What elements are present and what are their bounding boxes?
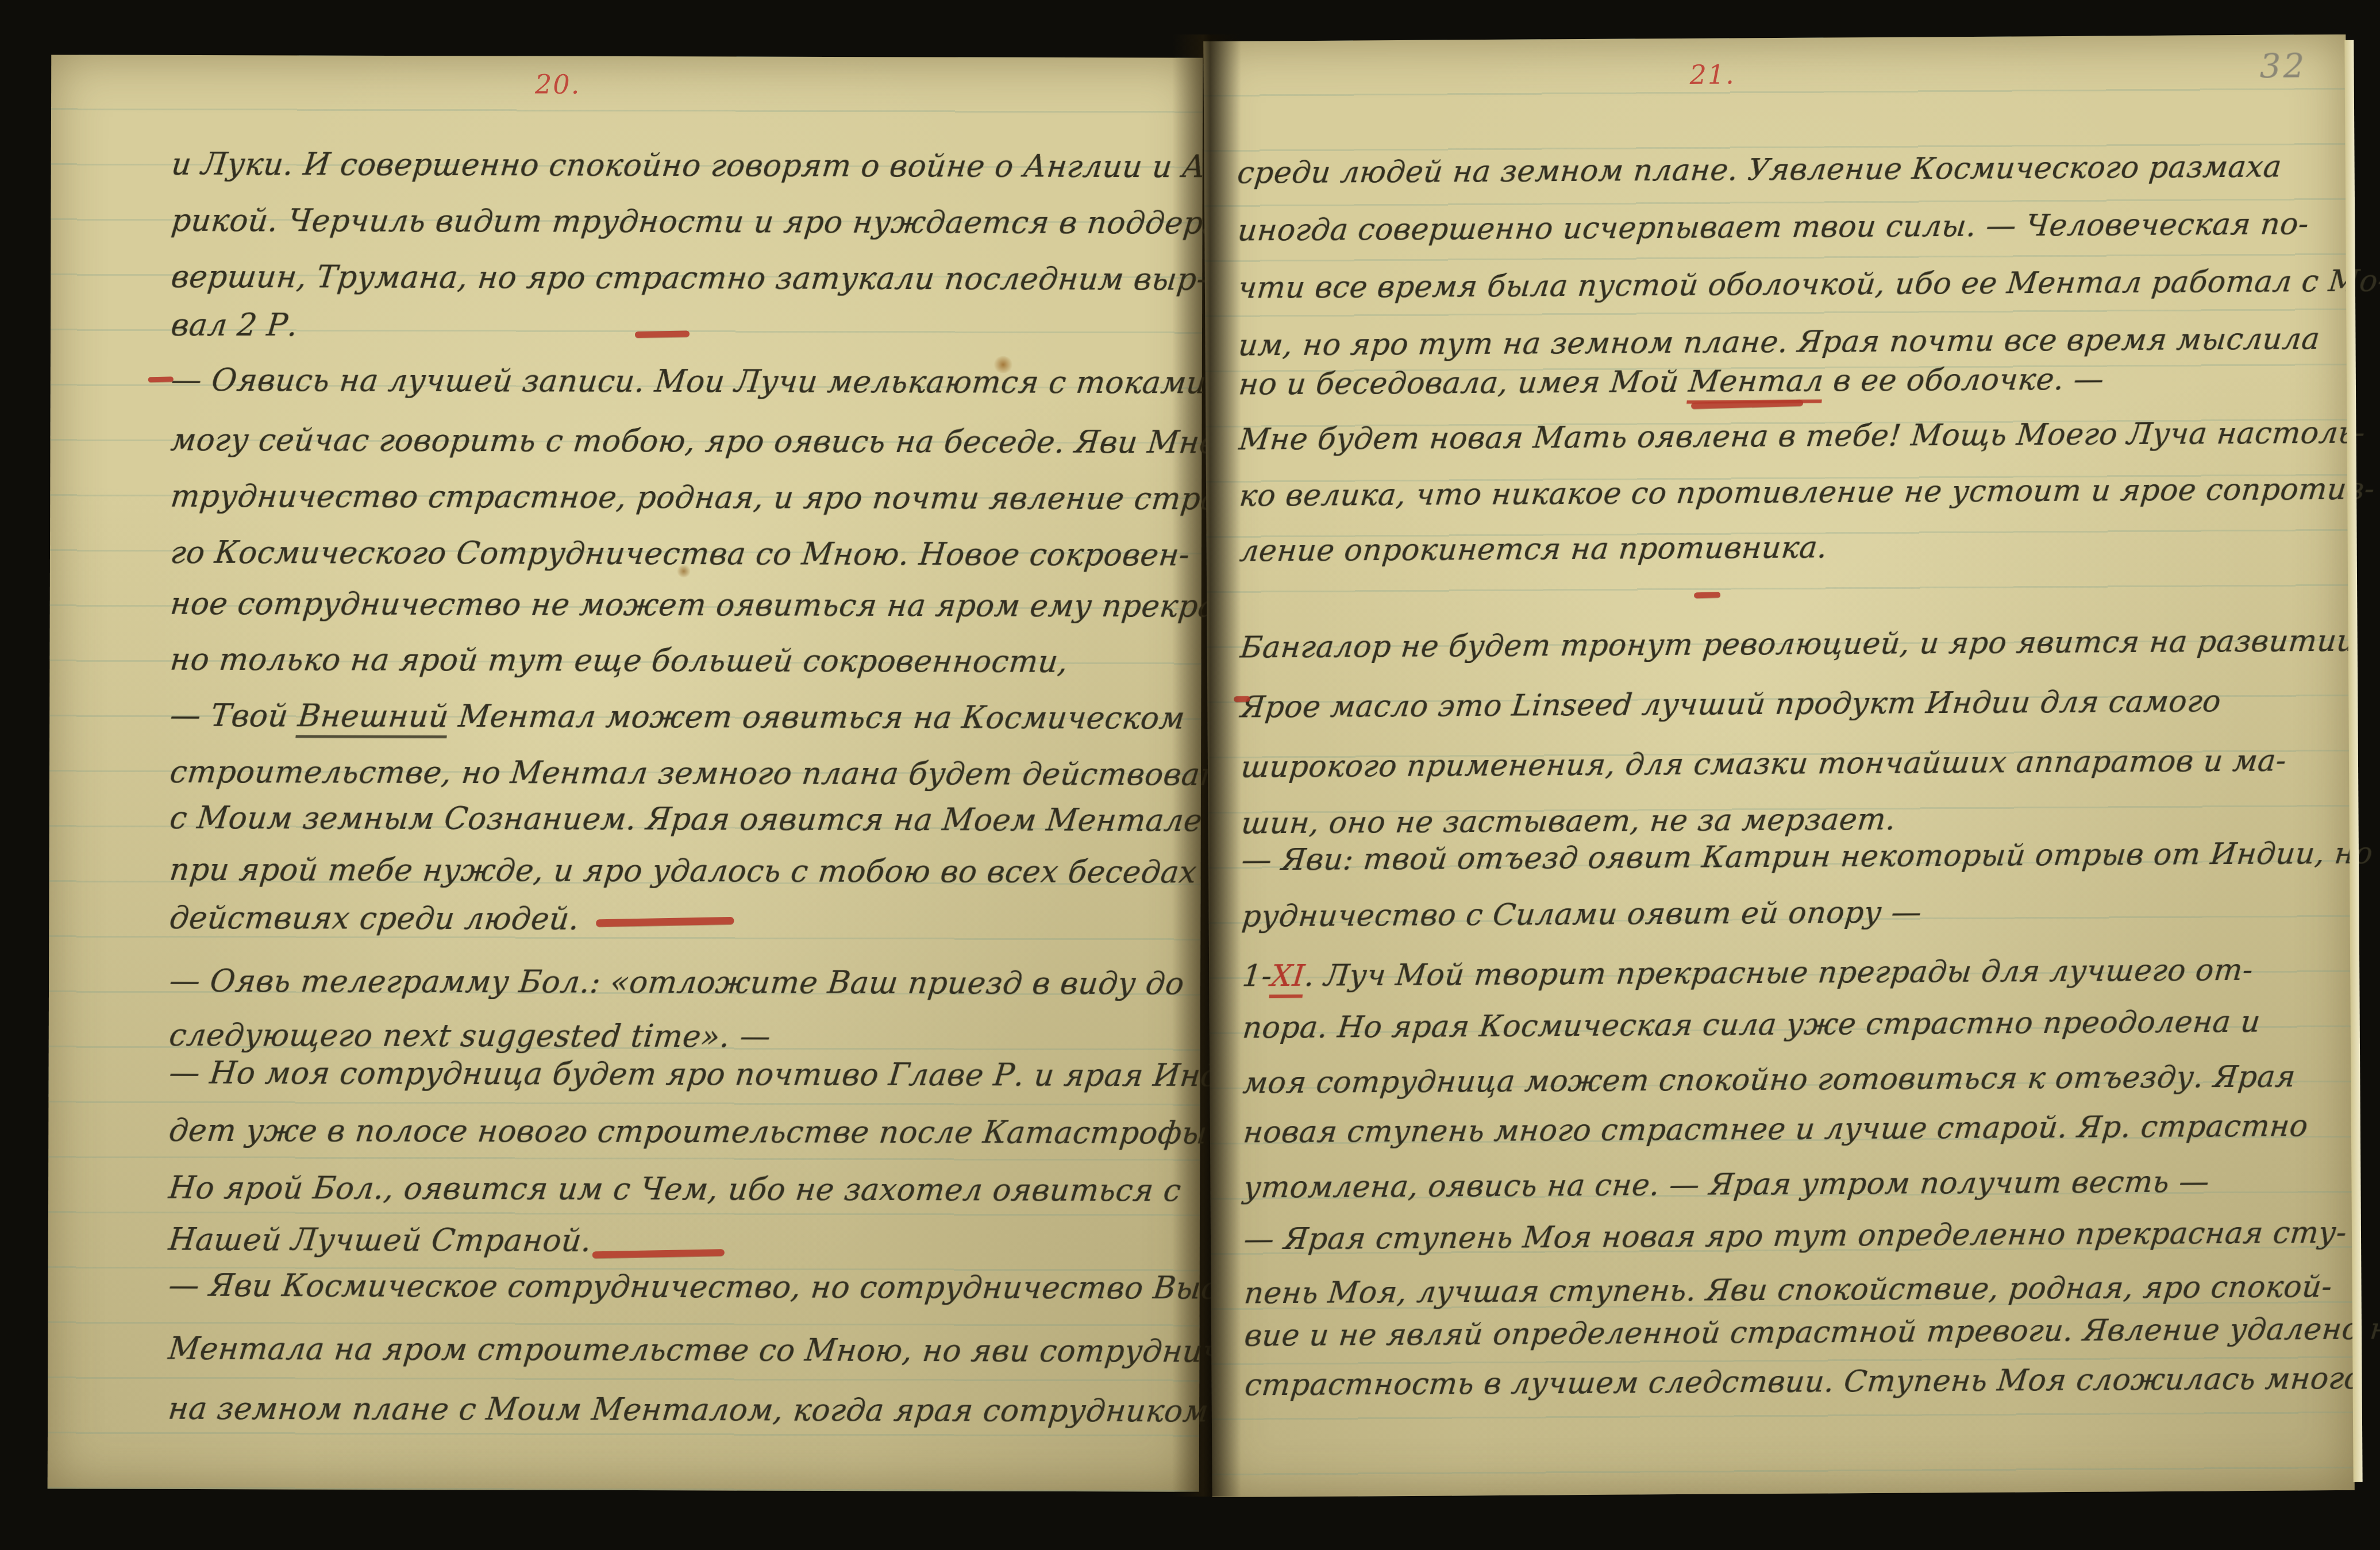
notebook-scan: 20. и Луки. И совершенно спокойно говоря… (0, 0, 2380, 1550)
handwriting-segment: могу сейчас говорить с тобою, яро оявись… (169, 423, 1276, 461)
handwriting-segment: при ярой тебе нужде, и яро удалось с тоб… (168, 853, 1228, 890)
right-page: 21. 32 среди людей на земном плане. Уявл… (1203, 34, 2354, 1497)
handwriting-segment: на земном плане с Моим Менталом, когда я… (167, 1391, 1211, 1429)
handwriting-segment: — Твой (168, 699, 300, 734)
handwriting-segment: — Яви: твой отъезд оявит Катрин некоторы… (1240, 836, 2380, 878)
handwriting-segment: утомлена, оявись на сне. — Ярая утром по… (1242, 1165, 2211, 1205)
handwritten-line: — Но моя сотрудница будет яро почтиво Гл… (167, 1056, 1319, 1094)
handwriting-segment: — Оявь телеграмму Бол.: «отложите Ваш пр… (168, 964, 1186, 1002)
handwriting-segment: новая ступень много страстнее и лучше ст… (1242, 1109, 2310, 1150)
handwriting-segment: Ментал может оявиться на Космическом (447, 699, 1187, 736)
handwriting-segment: — Ярая ступень Моя новая яро тут определ… (1242, 1216, 2348, 1257)
handwritten-line: — Твой Внешний Ментал может оявиться на … (168, 699, 1187, 737)
red-ink-mark (1234, 696, 1250, 702)
handwriting-segment: рудничество с Силами оявит ей опору — (1241, 895, 1924, 934)
handwriting-segment: го Космического Сотрудничества со Мною. … (169, 535, 1192, 573)
handwritten-line: ко велика, что никакое со противление не… (1238, 472, 2377, 514)
handwriting-segment: пень Моя, лучшая ступень. Яви спокойстви… (1243, 1270, 2334, 1311)
handwritten-line: им, но яро тут на земном плане. Ярая поч… (1237, 322, 2322, 363)
handwriting-segment: — Оявись на лучшей записи. Мои Лучи мель… (170, 363, 1269, 401)
handwriting-segment: среди людей на земном плане. Уявление Ко… (1236, 150, 2283, 191)
handwriting-segment: Мне будет новая Мать оявлена в тебе! Мощ… (1238, 416, 2367, 457)
handwritten-line: иногда совершенно исчерпывает твои силы.… (1236, 207, 2310, 248)
red-ink-mark (148, 376, 174, 382)
handwriting-segment: ко велика, что никакое со противление не… (1238, 472, 2377, 514)
handwritten-line: ление опрокинется на противника. (1238, 530, 1829, 568)
handwritten-line: следующего next suggested time». — (168, 1018, 773, 1055)
handwriting-segment: трудничество страстное, родная, и яро по… (169, 479, 1317, 517)
handwritten-line: среди людей на земном плане. Уявление Ко… (1236, 150, 2283, 191)
handwriting-segment: — Яви Космическое сотрудничество, но сот… (167, 1268, 1302, 1306)
handwritten-line: с Моим земным Сознанием. Ярая оявится на… (168, 801, 1204, 839)
handwriting-segment: моя сотрудница может спокойно готовиться… (1241, 1060, 2297, 1101)
handwritten-line: 1-XI. Луч Мой творит прекрасные преграды… (1241, 953, 2255, 994)
handwriting-segment: чти все время была пустой оболочкой, ибо… (1237, 264, 2380, 305)
handwriting-segment: но и беседовала, имея Мой (1237, 365, 1690, 402)
handwritten-line: — Оявись на лучшей записи. Мои Лучи мель… (170, 363, 1269, 401)
handwritten-line: действиях среди людей. (168, 901, 581, 937)
handwritten-line: шин, оно не застывает, не за мерзает. (1240, 803, 1898, 841)
red-ink-mark (592, 1249, 725, 1258)
handwriting-segment: 1- (1241, 959, 1273, 993)
handwriting-segment: следующего next suggested time». — (168, 1018, 773, 1055)
handwriting-segment: строительстве, но Ментал земного плана б… (168, 755, 1248, 793)
handwritten-line: Мне будет новая Мать оявлена в тебе! Мощ… (1238, 416, 2367, 457)
handwritten-line: но и беседовала, имея Мой Ментал в ее об… (1237, 363, 2106, 402)
handwriting-segment: Но ярой Бол., оявится им с Чем, ибо не з… (167, 1171, 1183, 1209)
handwritten-line: Но ярой Бол., оявится им с Чем, ибо не з… (167, 1171, 1183, 1209)
handwritten-line: на земном плане с Моим Менталом, когда я… (167, 1391, 1211, 1429)
handwriting-segment: страстность в лучшем следствии. Ступень … (1243, 1362, 2364, 1403)
handwritten-line: моя сотрудница может спокойно готовиться… (1241, 1060, 2297, 1101)
right-page-number: 21. (1689, 59, 1735, 90)
handwriting-segment: XI (1269, 959, 1306, 998)
handwriting-segment: вие и не являй определенной страстной тр… (1243, 1312, 2380, 1353)
handwriting-segment: им, но яро тут на земном плане. Ярая поч… (1237, 322, 2322, 363)
handwriting-segment: . Луч Мой творит прекрасные преграды для… (1303, 953, 2255, 993)
red-ink-mark (596, 917, 734, 927)
handwriting-segment: Ментала на яром строительстве со Мною, н… (167, 1332, 1325, 1370)
handwritten-line: вал 2 Р. (170, 308, 300, 344)
handwritten-line: рудничество с Силами оявит ей опору — (1241, 895, 1924, 934)
handwritten-line: рикой. Черчиль видит трудности и яро нуж… (170, 203, 1276, 241)
handwriting-segment: с Моим земным Сознанием. Ярая оявится на… (168, 801, 1204, 839)
left-page-text: и Луки. И совершенно спокойно говорят о … (51, 55, 1203, 57)
handwriting-segment: и Луки. И совершенно спокойно говорят о … (170, 147, 1262, 185)
handwritten-line: трудничество страстное, родная, и яро по… (169, 479, 1317, 517)
handwriting-segment: но только на ярой тут еще большей сокров… (168, 642, 1070, 680)
handwriting-segment: Ярое масло это Linseed лучший продукт Ин… (1239, 684, 2223, 724)
handwriting-segment: действиях среди людей. (168, 901, 581, 937)
handwriting-segment: пора. Но ярая Космическая сила уже страс… (1241, 1005, 2262, 1046)
handwritten-line: дет уже в полосе нового строительстве по… (167, 1113, 1250, 1151)
handwriting-segment: шин, оно не застывает, не за мерзает. (1240, 803, 1898, 841)
handwritten-line: вершин, Трумана, но яро страстно затукал… (170, 260, 1210, 298)
left-page-number: 20. (535, 69, 580, 100)
handwritten-line: чти все время была пустой оболочкой, ибо… (1237, 264, 2380, 305)
handwritten-line: и Луки. И совершенно спокойно говорят о … (170, 147, 1262, 185)
handwriting-segment: иногда совершенно исчерпывает твои силы.… (1236, 207, 2310, 248)
handwriting-segment: в ее оболочке. — (1822, 363, 2106, 399)
handwriting-segment: Ментал (1686, 364, 1825, 403)
handwritten-line: при ярой тебе нужде, и яро удалось с тоб… (168, 853, 1228, 890)
handwritten-line: пень Моя, лучшая ступень. Яви спокойстви… (1243, 1270, 2334, 1311)
handwritten-line: Ярое масло это Linseed лучший продукт Ин… (1239, 684, 2223, 724)
handwritten-line: широкого применения, для смазки тончайши… (1239, 744, 2288, 785)
handwritten-line: го Космического Сотрудничества со Мною. … (169, 535, 1192, 573)
handwriting-segment: ное сотрудничество не может оявиться на … (168, 587, 1278, 624)
handwritten-line: — Оявь телеграмму Бол.: «отложите Ваш пр… (168, 964, 1186, 1002)
handwritten-line: ное сотрудничество не может оявиться на … (168, 587, 1278, 624)
handwritten-line: но только на ярой тут еще большей сокров… (168, 642, 1070, 680)
handwritten-line: — Яви Космическое сотрудничество, но сот… (167, 1268, 1302, 1306)
handwriting-segment: Внешний (296, 699, 450, 739)
red-ink-mark (1694, 592, 1720, 598)
handwritten-line: могу сейчас говорить с тобою, яро оявись… (169, 423, 1276, 461)
handwritten-line: вие и не являй определенной страстной тр… (1243, 1312, 2380, 1353)
handwritten-line: — Ярая ступень Моя новая яро тут определ… (1242, 1216, 2348, 1257)
handwritten-line: строительстве, но Ментал земного плана б… (168, 755, 1248, 793)
handwriting-segment: вершин, Трумана, но яро страстно затукал… (170, 260, 1210, 298)
handwritten-line: страстность в лучшем следствии. Ступень … (1243, 1362, 2364, 1403)
handwriting-segment: Нашей Лучшей Страной. (167, 1223, 594, 1259)
handwriting-segment: широкого применения, для смазки тончайши… (1239, 744, 2288, 785)
corner-pencil-number: 32 (2259, 46, 2306, 85)
left-page: 20. и Луки. И совершенно спокойно говоря… (48, 55, 1203, 1491)
handwritten-line: пора. Но ярая Космическая сила уже страс… (1241, 1005, 2262, 1046)
handwriting-segment: ление опрокинется на противника. (1238, 530, 1829, 568)
handwritten-line: Бангалор не будет тронут революцией, и я… (1239, 624, 2358, 665)
handwritten-line: Нашей Лучшей Страной. (167, 1223, 594, 1259)
handwritten-line: — Яви: твой отъезд оявит Катрин некоторы… (1240, 836, 2380, 878)
handwriting-segment: дет уже в полосе нового строительстве по… (167, 1113, 1250, 1151)
handwritten-line: Ментала на яром строительстве со Мною, н… (167, 1332, 1325, 1370)
handwritten-line: утомлена, оявись на сне. — Ярая утром по… (1242, 1165, 2211, 1205)
red-ink-mark (635, 330, 690, 338)
handwriting-segment: рикой. Черчиль видит трудности и яро нуж… (170, 203, 1276, 241)
handwritten-line: новая ступень много страстнее и лучше ст… (1242, 1109, 2310, 1150)
right-page-text: среди людей на земном плане. Уявление Ко… (1203, 34, 2346, 41)
handwriting-segment: вал 2 Р. (170, 308, 300, 344)
handwriting-segment: — Но моя сотрудница будет яро почтиво Гл… (167, 1056, 1319, 1094)
handwriting-segment: Бангалор не будет тронут революцией, и я… (1239, 624, 2358, 665)
